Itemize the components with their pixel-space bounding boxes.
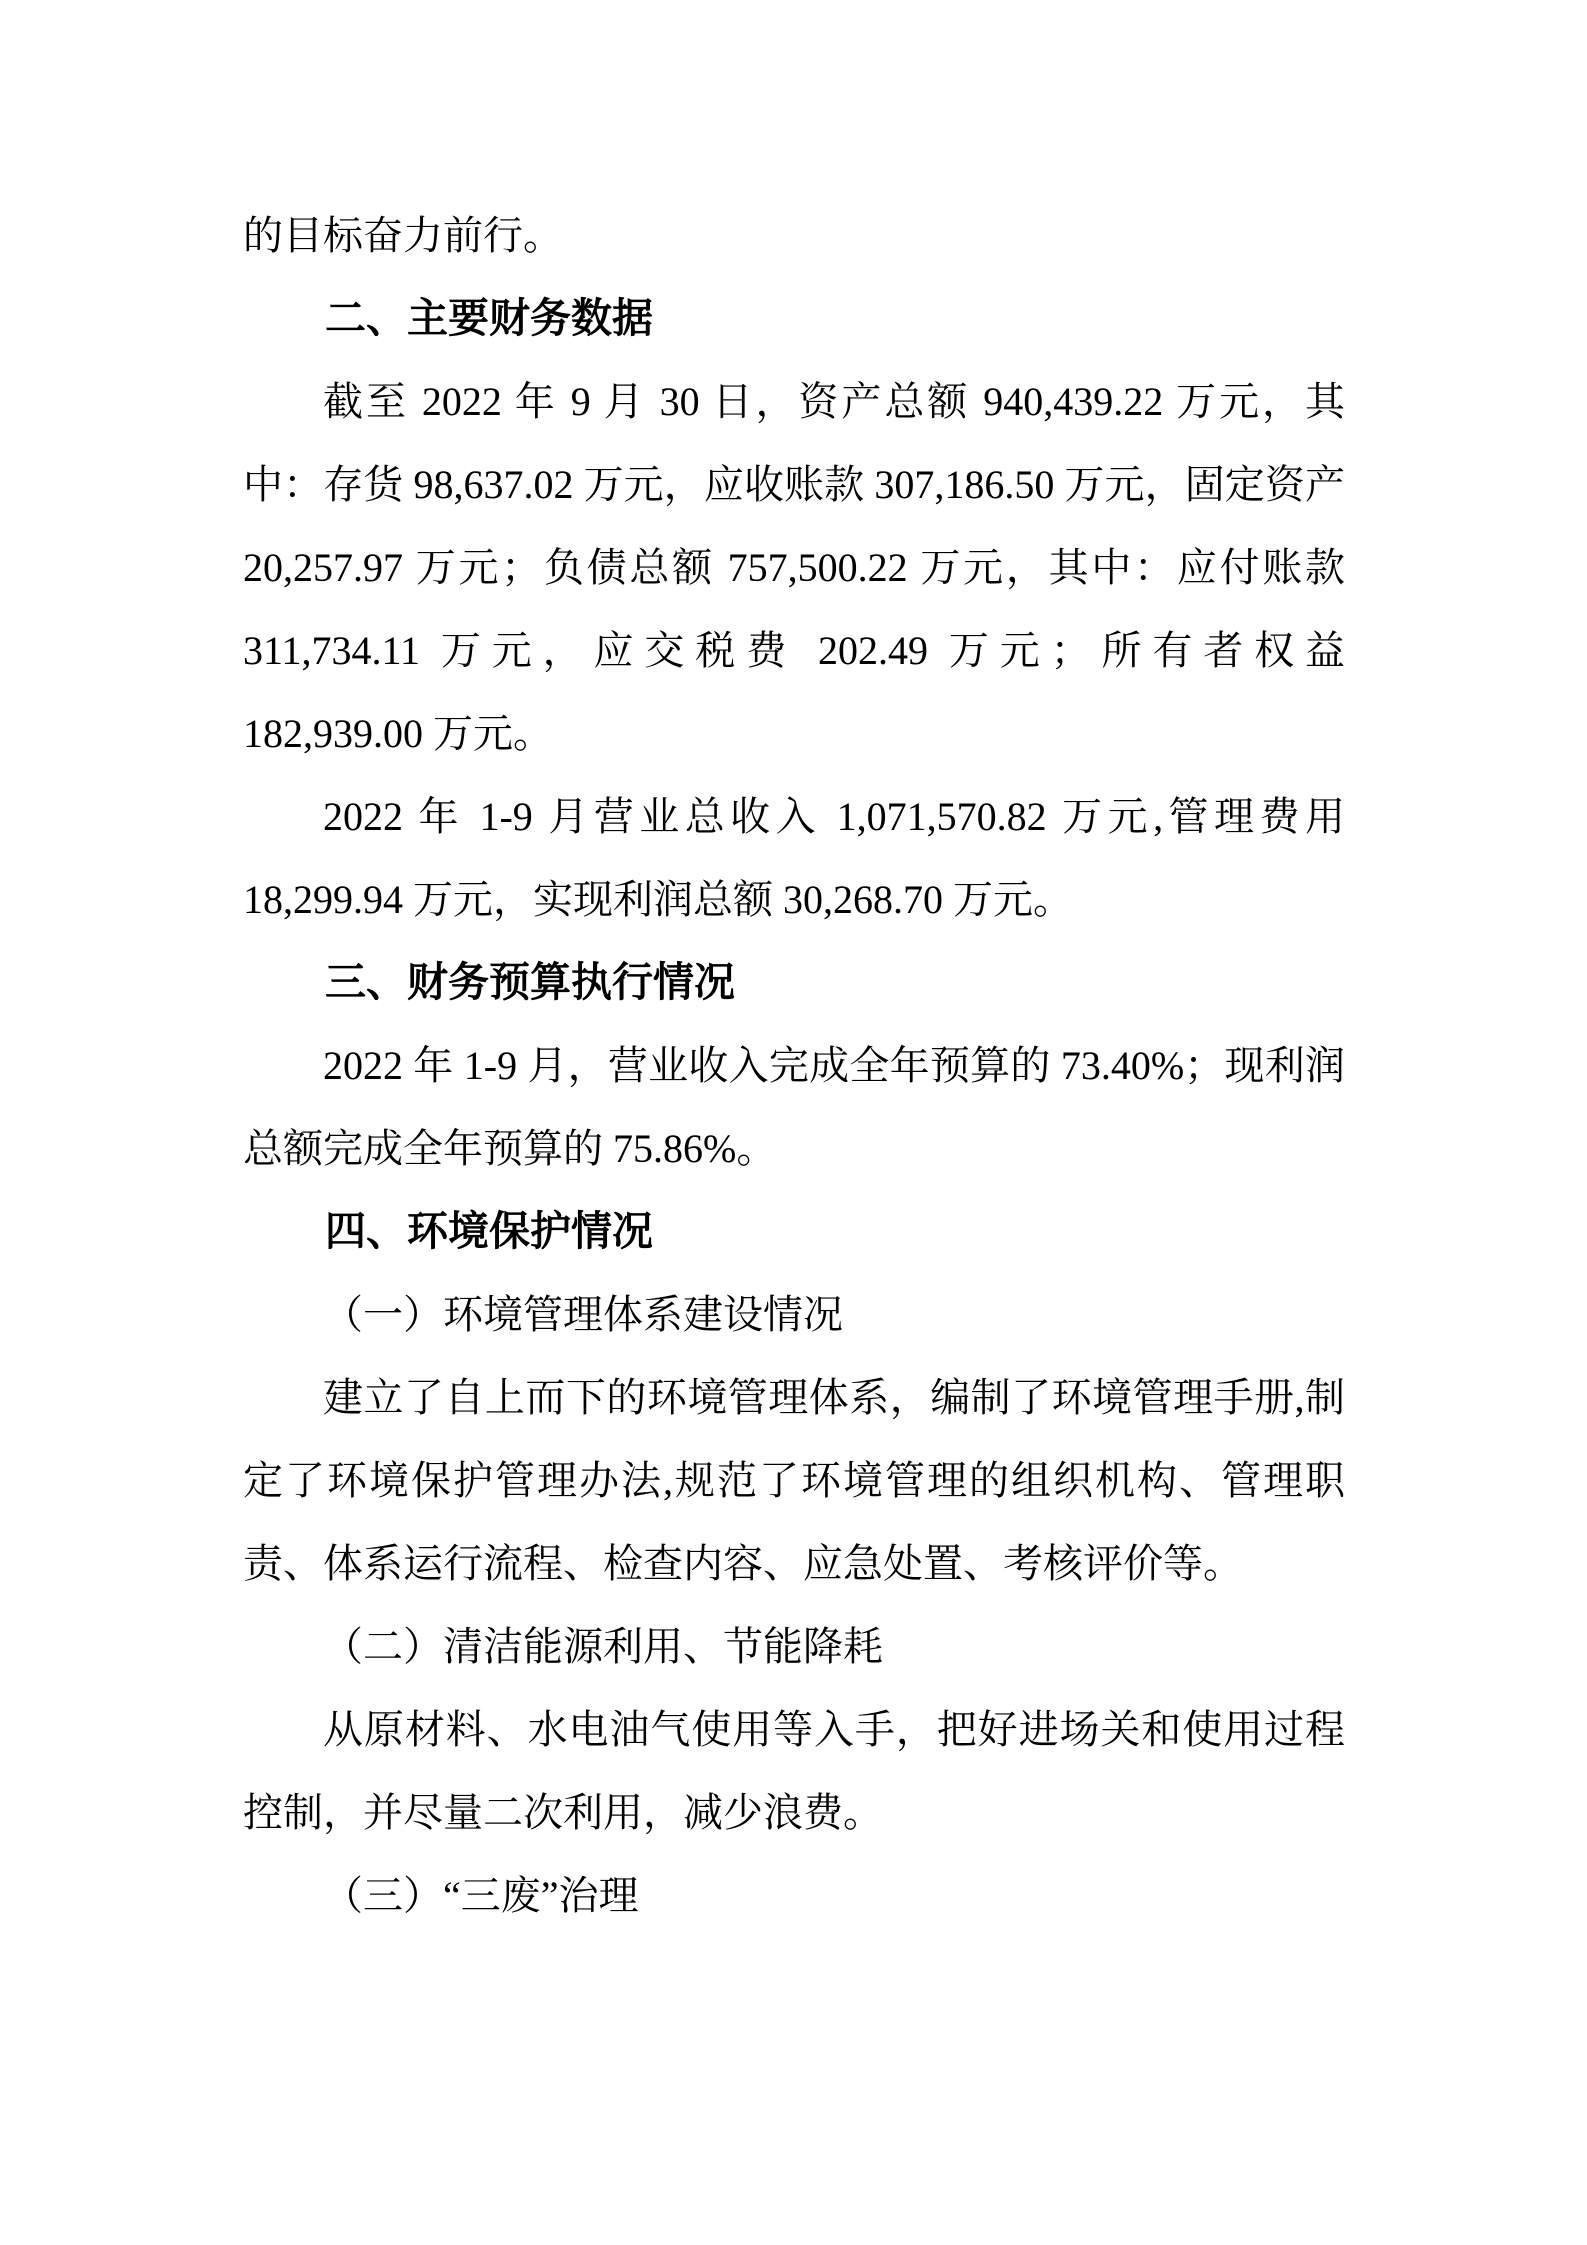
section-heading-environment: 四、环境保护情况 <box>243 1190 1345 1273</box>
subheading-clean-energy: （二）清洁能源利用、节能降耗 <box>243 1605 1345 1688</box>
paragraph-clean-energy: 从原材料、水电油气使用等入手，把好进场关和使用过程控制，并尽量二次利用，减少浪费… <box>243 1688 1345 1854</box>
paragraph-balance-sheet: 截至 2022 年 9 月 30 日，资产总额 940,439.22 万元，其中… <box>243 360 1345 775</box>
section-heading-budget-execution: 三、财务预算执行情况 <box>243 941 1345 1024</box>
subheading-env-management-system: （一）环境管理体系建设情况 <box>243 1273 1345 1356</box>
document-content: 的目标奋力前行。 二、主要财务数据 截至 2022 年 9 月 30 日，资产总… <box>243 194 1345 1937</box>
paragraph-env-management-system: 建立了自上而下的环境管理体系，编制了环境管理手册,制定了环境保护管理办法,规范了… <box>243 1356 1345 1605</box>
subheading-three-wastes: （三）“三废”治理 <box>243 1854 1345 1937</box>
paragraph-income-statement: 2022 年 1-9 月营业总收入 1,071,570.82 万元,管理费用 1… <box>243 775 1345 941</box>
paragraph-continuation: 的目标奋力前行。 <box>243 194 1345 277</box>
paragraph-budget-completion: 2022 年 1-9 月，营业收入完成全年预算的 73.40%；现利润总额完成全… <box>243 1024 1345 1190</box>
document-page: 的目标奋力前行。 二、主要财务数据 截至 2022 年 9 月 30 日，资产总… <box>0 0 1587 2245</box>
section-heading-financial-data: 二、主要财务数据 <box>243 277 1345 360</box>
